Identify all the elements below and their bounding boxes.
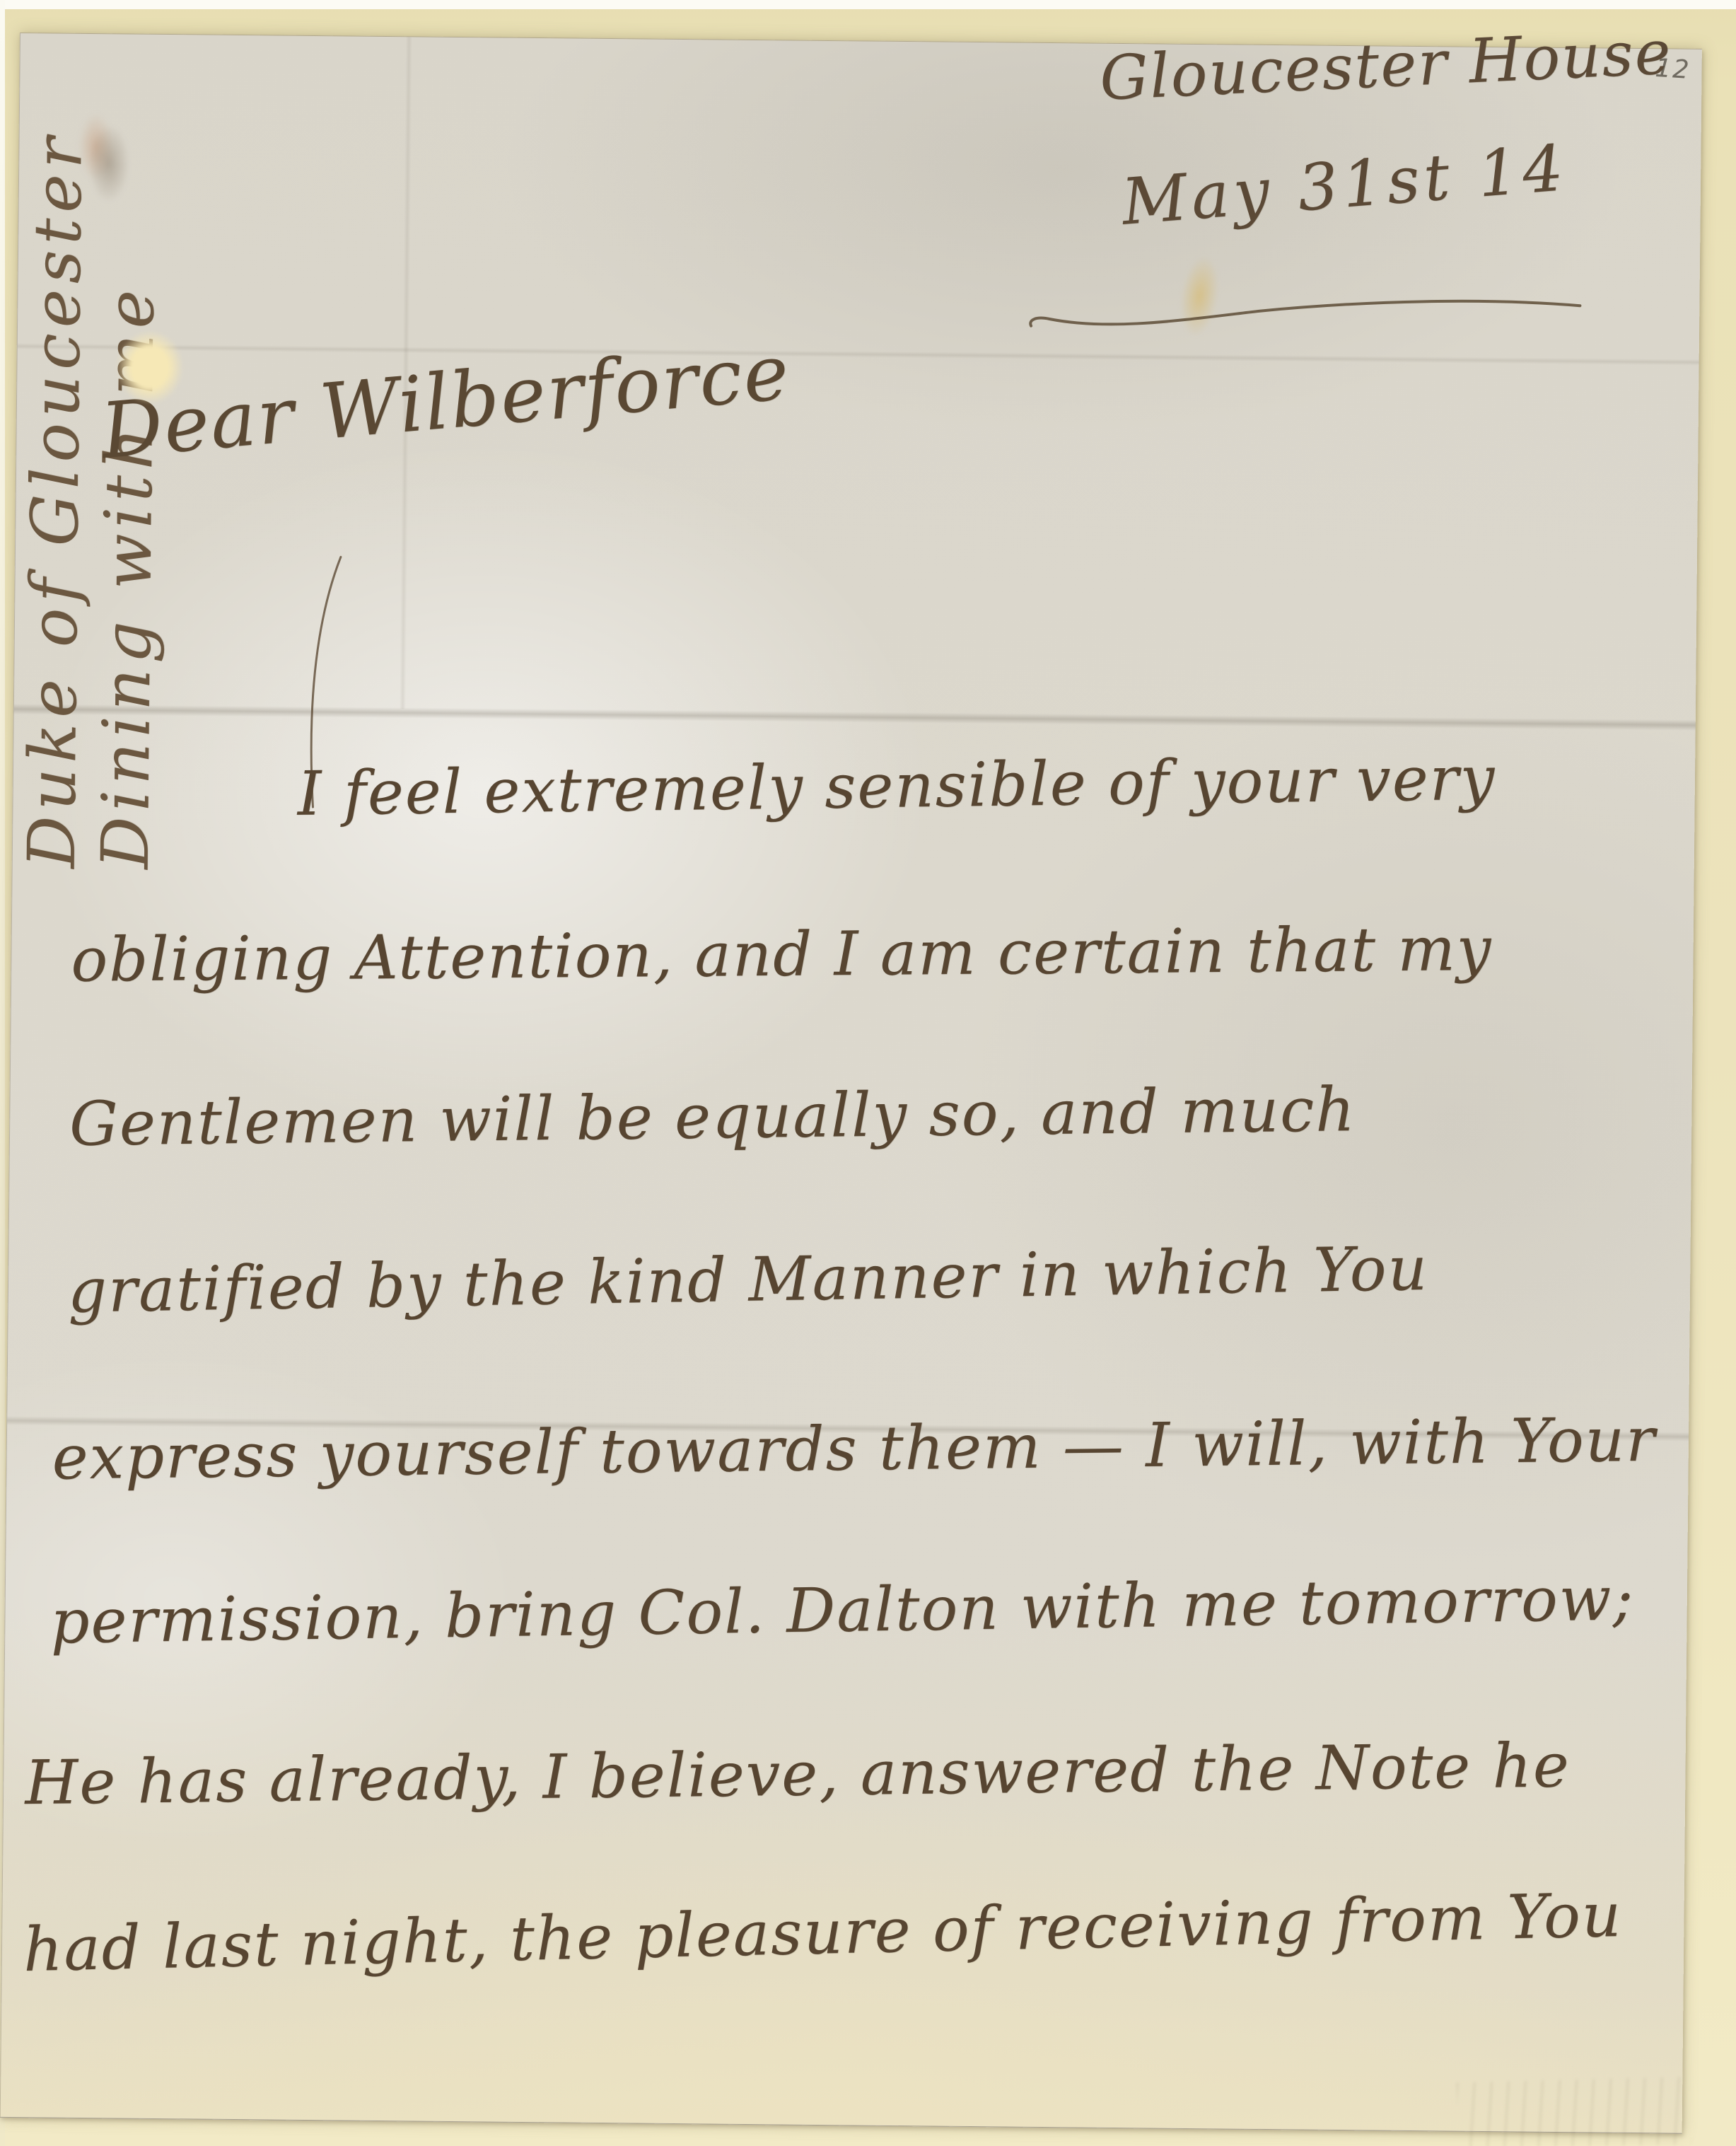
writing-showthrough — [1457, 2077, 1691, 2146]
body-line: obliging Attention, and I am certain tha… — [71, 914, 1493, 996]
margin-note-line2: Dining with me — [89, 132, 170, 869]
letter-page: 12 Gloucester House May 31st 14 Duke of … — [0, 33, 1702, 2134]
margin-note: Duke of Gloucester Dining with me — [16, 132, 170, 869]
letter-scan: 12 Gloucester House May 31st 14 Duke of … — [0, 0, 1736, 2146]
scan-edge-top — [0, 0, 1736, 9]
margin-note-line1: Duke of Gloucester — [16, 132, 96, 869]
pen-flourish-underline — [1025, 275, 1592, 344]
paper-blot-margin — [116, 330, 184, 405]
body-line: Gentlemen will be equally so, and much — [69, 1074, 1357, 1160]
